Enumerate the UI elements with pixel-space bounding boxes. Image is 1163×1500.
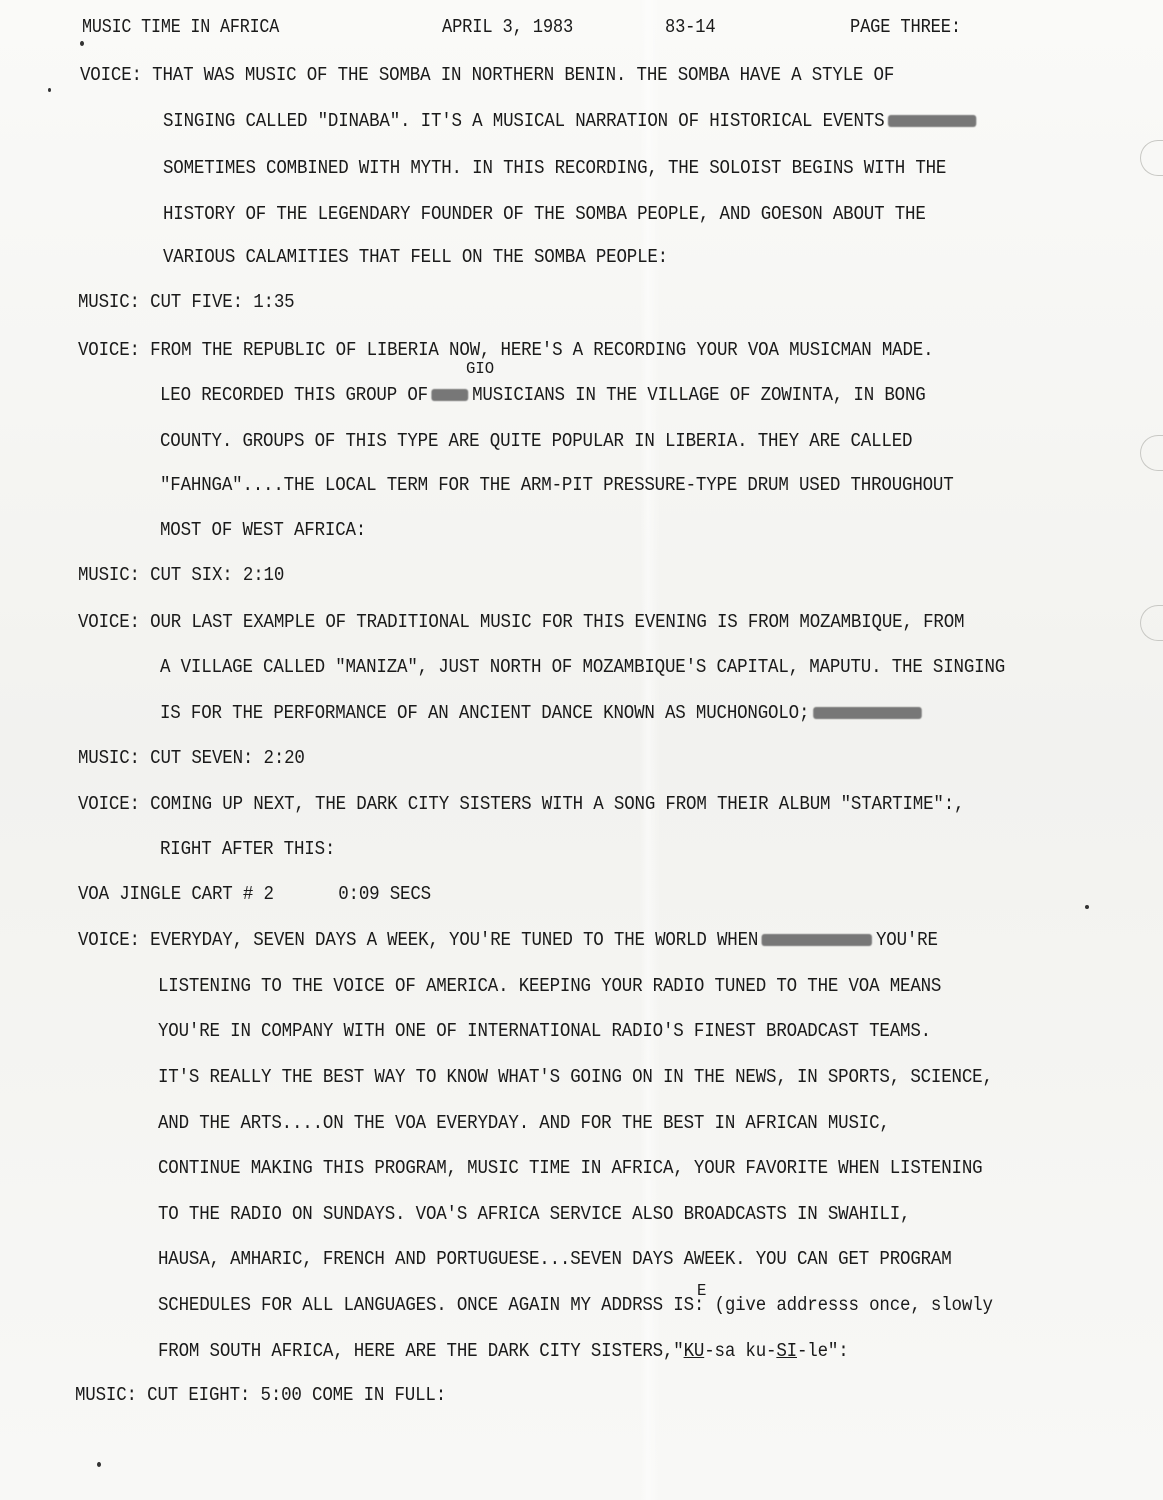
speaker-label: MUSIC: (75, 1384, 137, 1406)
script-line: HISTORY OF THE LEGENDARY FOUNDER OF THE … (163, 203, 926, 225)
speaker-label: MUSIC: (78, 747, 140, 769)
handwritten-note: (give addresss once, slowly (715, 1294, 993, 1316)
script-line: VOICE: COMING UP NEXT, THE DARK CITY SIS… (78, 793, 964, 815)
program-title: MUSIC TIME IN AFRICA (82, 16, 279, 38)
hole-punch-mark (1140, 140, 1163, 176)
script-line: RIGHT AFTER THIS: (160, 838, 335, 860)
speaker-label: MUSIC: (78, 564, 140, 586)
page-number: PAGE THREE: (850, 16, 961, 38)
music-cue: MUSIC: CUT SEVEN: 2:20 (78, 747, 305, 769)
speaker-label: VOA JINGLE CART # 2 (78, 883, 274, 905)
ink-speck (48, 88, 51, 92)
script-line: "FAHNGA"....THE LOCAL TERM FOR THE ARM-P… (160, 474, 954, 496)
script-line: HAUSA, AMHARIC, FRENCH AND PORTUGUESE...… (158, 1248, 952, 1270)
script-line: SOMETIMES COMBINED WITH MYTH. IN THIS RE… (163, 157, 946, 179)
script-line: COUNTY. GROUPS OF THIS TYPE ARE QUITE PO… (160, 430, 912, 452)
broadcast-date: APRIL 3, 1983 (442, 16, 573, 38)
script-line: SCHEDULES FOR ALL LANGUAGES. ONCE AGAIN … (158, 1294, 993, 1316)
script-line: LEO RECORDED THIS GROUP OFMUSICIANS IN T… (160, 384, 926, 406)
music-cue: MUSIC: CUT EIGHT: 5:00 COME IN FULL: (75, 1384, 446, 1406)
handwritten-insertion: GIO (466, 360, 494, 379)
speaker-label: VOICE: (78, 929, 140, 951)
script-line: A VILLAGE CALLED "MANIZA", JUST NORTH OF… (160, 656, 1005, 678)
page-header: MUSIC TIME IN AFRICA APRIL 3, 1983 83-14… (0, 16, 1163, 42)
music-cue: MUSIC: CUT SIX: 2:10 (78, 564, 284, 586)
script-line: IS FOR THE PERFORMANCE OF AN ANCIENT DAN… (160, 702, 925, 724)
hole-punch-mark (1140, 435, 1163, 471)
script-line: MOST OF WEST AFRICA: (160, 519, 366, 541)
redaction-mark (813, 707, 922, 719)
script-line: TO THE RADIO ON SUNDAYS. VOA'S AFRICA SE… (158, 1203, 910, 1225)
script-line: FROM SOUTH AFRICA, HERE ARE THE DARK CIT… (158, 1340, 849, 1362)
document-page: MUSIC TIME IN AFRICA APRIL 3, 1983 83-14… (0, 0, 1163, 1500)
redaction-mark (432, 389, 469, 401)
speaker-label: MUSIC: (78, 291, 140, 313)
music-cue: MUSIC: CUT FIVE: 1:35 (78, 291, 294, 313)
script-line: LISTENING TO THE VOICE OF AMERICA. KEEPI… (158, 975, 941, 997)
script-line: VOICE: OUR LAST EXAMPLE OF TRADITIONAL M… (78, 611, 964, 633)
script-line: SINGING CALLED "DINABA". IT'S A MUSICAL … (163, 110, 980, 132)
speaker-label: VOICE: (78, 611, 140, 633)
script-line: VOICE: THAT WAS MUSIC OF THE SOMBA IN NO… (80, 64, 894, 86)
ink-speck (97, 1462, 101, 1467)
script-line: CONTINUE MAKING THIS PROGRAM, MUSIC TIME… (158, 1157, 982, 1179)
script-line: VOICE: FROM THE REPUBLIC OF LIBERIA NOW,… (78, 339, 933, 361)
script-line: VOICE: EVERYDAY, SEVEN DAYS A WEEK, YOU'… (78, 929, 938, 951)
script-line: IT'S REALLY THE BEST WAY TO KNOW WHAT'S … (158, 1066, 993, 1088)
redaction-mark (888, 115, 976, 127)
script-number: 83-14 (665, 16, 715, 38)
jingle-cue: VOA JINGLE CART # 20:09 SECS (78, 883, 431, 905)
script-line: YOU'RE IN COMPANY WITH ONE OF INTERNATIO… (158, 1020, 931, 1042)
speaker-label: VOICE: (80, 64, 142, 86)
speaker-label: VOICE: (78, 339, 140, 361)
hole-punch-mark (1140, 605, 1163, 641)
redaction-mark (762, 934, 872, 946)
script-line: AND THE ARTS....ON THE VOA EVERYDAY. AND… (158, 1112, 890, 1134)
speaker-label: VOICE: (78, 793, 140, 815)
ink-speck (1085, 905, 1089, 909)
script-line: VARIOUS CALAMITIES THAT FELL ON THE SOMB… (163, 246, 668, 268)
